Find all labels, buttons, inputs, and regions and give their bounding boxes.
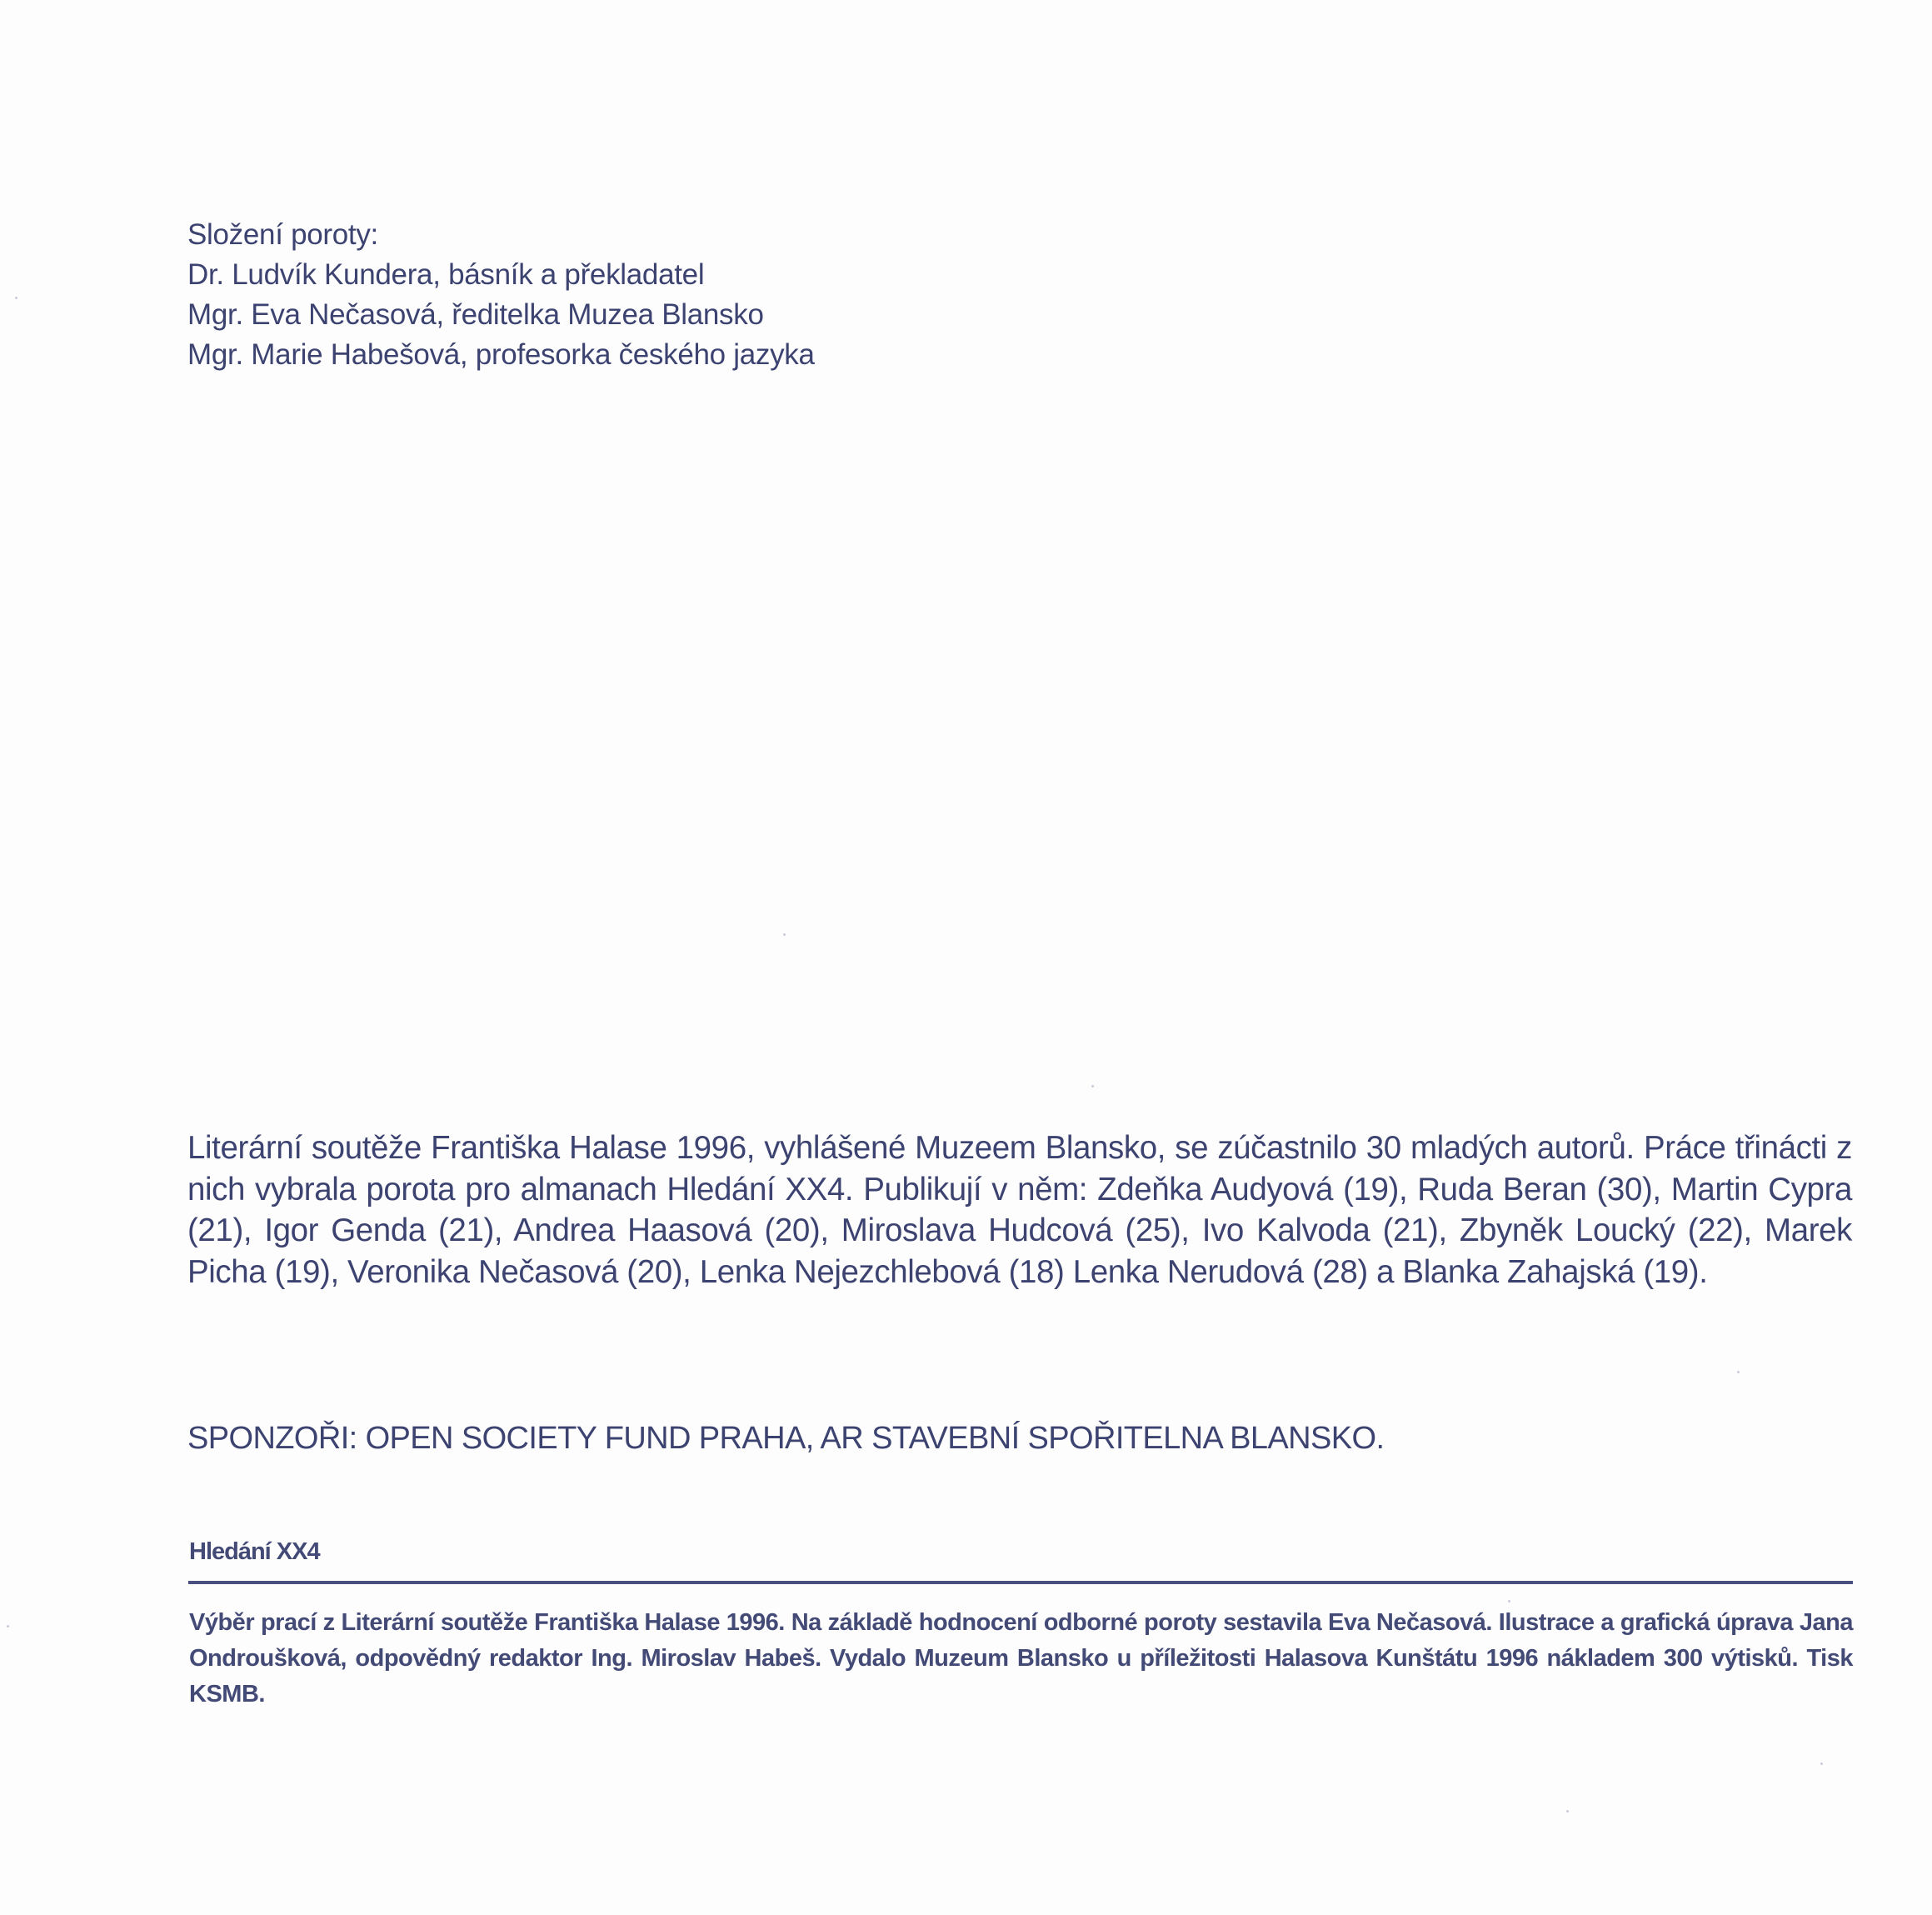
colophon-paragraph: Výběr prací z Literární soutěže Františk… bbox=[189, 1605, 1853, 1712]
sponsors-line: SPONZOŘI: OPEN SOCIETY FUND PRAHA, AR ST… bbox=[187, 1421, 1384, 1457]
jury-section: Složení poroty: Dr. Ludvík Kundera, básn… bbox=[187, 215, 815, 375]
scan-speck bbox=[1566, 1810, 1569, 1812]
scan-speck bbox=[1508, 1600, 1510, 1602]
scan-speck bbox=[1820, 1762, 1823, 1765]
intro-paragraph: Literární soutěže Františka Halase 1996,… bbox=[187, 1127, 1852, 1292]
jury-member: Mgr. Eva Nečasová, ředitelka Muzea Blans… bbox=[187, 295, 815, 335]
divider-rule bbox=[188, 1581, 1853, 1584]
scan-speck bbox=[783, 933, 786, 936]
jury-heading: Složení poroty: bbox=[187, 215, 815, 255]
scan-speck bbox=[1091, 1085, 1094, 1087]
scan-speck bbox=[15, 297, 17, 299]
jury-member: Dr. Ludvík Kundera, básník a překladatel bbox=[187, 255, 815, 295]
scan-speck bbox=[1737, 1371, 1740, 1373]
scan-speck bbox=[7, 1625, 9, 1627]
document-page: Složení poroty: Dr. Ludvík Kundera, básn… bbox=[0, 0, 1932, 1915]
colophon-title: Hledání XX4 bbox=[189, 1538, 320, 1566]
jury-member: Mgr. Marie Habešová, profesorka českého … bbox=[187, 335, 815, 375]
